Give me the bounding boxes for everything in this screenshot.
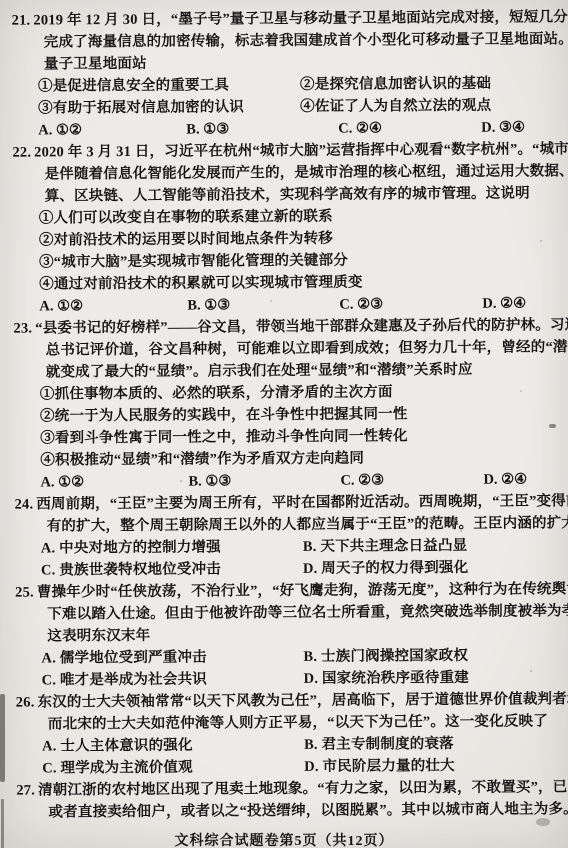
option-item: ③有助于拓展对信息加密的认识 [38,96,300,120]
answer-choice: A. ①② [40,471,188,494]
answer-choice: B. ①③ [186,118,338,141]
option-item: C. 唯才是举成为社会共识 [42,668,304,692]
option-grid: A. 儒学地位受到严重冲击 B. 士族门阀操控国家政权 C. 唯才是举成为社会共… [15,644,561,691]
option-grid: ①是促进信息安全的重要工具 ②是探究信息加密认识的基础 ③有助于拓展对信息加密的… [12,72,558,119]
question-number: 24. [14,494,33,516]
stem-text: 西周前期，“王臣”主要为周王所有，平时在国都附近活动。西周晚期，“王臣”变得前所… [36,493,568,513]
option-item: A. 儒学地位受到严重冲击 [41,646,303,670]
scan-artifact [536,818,550,826]
question-22: 22.2020 年 3 月 31 日，习近平在杭州“城市大脑”运营指挥中心观看“… [12,138,559,317]
question-26: 26.东汉的士大夫领袖常常“以天下风教为己任”，居高临下，居于道德世界价值裁判者… [16,688,563,779]
answer-choice: B. ①③ [187,294,339,317]
answer-choice: A. ①② [39,295,187,318]
exam-page: 21.2019 年 12 月 30 日，“墨子号”量子卫星与移动量子卫星地面站完… [0,0,568,824]
stem-text: 清朝江浙的农村地区出现了甩卖土地现象。“有力之家，以田为累，不敢置买”，已买者 [38,779,568,798]
option-item: B. 君主专制制度的衰落 [304,732,562,756]
question-27: 27.清朝江浙的农村地区出现了甩卖土地现象。“有力之家，以田为累，不敢置买”，已… [16,776,562,823]
stem-text: “县委书记的好榜样”——谷文昌，带领当地干部群众建惠及子孙后代的防护林。习近平 [35,317,568,336]
stem-line: 或者直接卖给佃户，或者以之“投送缙绅，以图脱累”。其中以城市商人地主为多。这主 [16,798,562,823]
option-item: C. 理学成为主流价值观 [42,756,304,780]
scan-artifact [0,694,5,782]
answer-choice: A. ①② [38,119,186,142]
question-number: 23. [13,318,32,340]
question-number: 25. [15,582,34,604]
stem-text: 2019 年 12 月 30 日，“墨子号”量子卫星与移动量子卫星地面站完成对接… [33,9,568,29]
question-23: 23.“县委书记的好榜样”——谷文昌，带领当地干部群众建惠及子孙后代的防护林。习… [13,314,560,493]
option-item: C. 贵族世袭特权地位受冲击 [41,558,303,582]
stem-line: 下难以踏入仕途。但由于他被许劭等三位名士所看重，竟然突破选举制度被举为孝廉。 [15,600,561,625]
answer-choice: C. ②③ [339,293,482,316]
question-25: 25.曹操年少时“任侠放荡，不治行业”，“好飞鹰走狗，游荡无度”，这种行为在传统… [15,578,562,691]
stem-text: 2020 年 3 月 31 日，习近平在杭州“城市大脑”运营指挥中心观看“数字杭… [34,141,568,160]
question-number: 27. [16,780,35,802]
answer-choice: D. ③④ [481,116,558,138]
option-item: A. 中央对地方的控制力增强 [41,536,303,560]
stem-line: 总书记评价道，谷文昌种树，可能难以立即看到成效；但努力几十年，曾经的“潜绩”， [14,336,560,361]
option-grid: A. 中央对地方的控制力增强 B. 天下共主理念日益凸显 C. 贵族世袭特权地位… [15,534,561,581]
answer-choice: C. ②③ [340,469,483,492]
question-24: 24.西周前期，“王臣”主要为周王所有，平时在国都附近活动。西周晚期，“王臣”变… [14,490,561,581]
stem-text: 曹操年少时“任侠放荡，不治行业”，“好飞鹰走狗，游荡无度”，这种行为在传统舆论之 [37,581,568,600]
answer-choice: D. ②④ [482,292,559,314]
option-item: ①是促进信息安全的重要工具 [38,74,300,98]
answer-choice: D. ②④ [483,468,560,490]
question-number: 21. [12,10,31,32]
option-item: B. 天下共主理念日益凸显 [303,534,561,558]
option-item: A. 士人主体意识的强化 [42,734,304,758]
page-footer: 文科综合试题卷第5页（共12页） [0,831,568,848]
option-item: D. 市民阶层力量的壮大 [304,754,562,778]
stem-line: 算、区块链、人工智能等前沿技术，实现科学高效有序的城市管理。这说明 [13,182,559,207]
question-21: 21.2019 年 12 月 30 日，“墨子号”量子卫星与移动量子卫星地面站完… [12,6,559,141]
answer-choice: B. ①③ [188,470,340,493]
option-grid: A. 士人主体意识的强化 B. 君主专制制度的衰落 C. 理学成为主流价值观 D… [16,732,562,779]
option-item: D. 周天子的权力得到强化 [303,556,561,580]
question-number: 26. [16,692,35,714]
option-item: ②是探究信息加密认识的基础 [300,72,558,96]
stem-text: 东汉的士大夫领袖常常“以天下风教为己任”，居高临下，居于道德世界价值裁判者地位； [37,691,568,711]
option-item: ④佐证了人为自然立法的观点 [300,94,558,118]
scan-artifact [549,424,556,428]
answer-choice: C. ②④ [338,117,481,140]
stem-line: 完成了海量信息的加密传输，标志着我国建成首个小型化可移动量子卫星地面站。小型 [12,28,558,53]
option-item: B. 士族门阀操控国家政权 [303,644,561,668]
option-item: D. 国家统治秩序亟待重建 [304,666,562,690]
question-number: 22. [12,142,31,164]
